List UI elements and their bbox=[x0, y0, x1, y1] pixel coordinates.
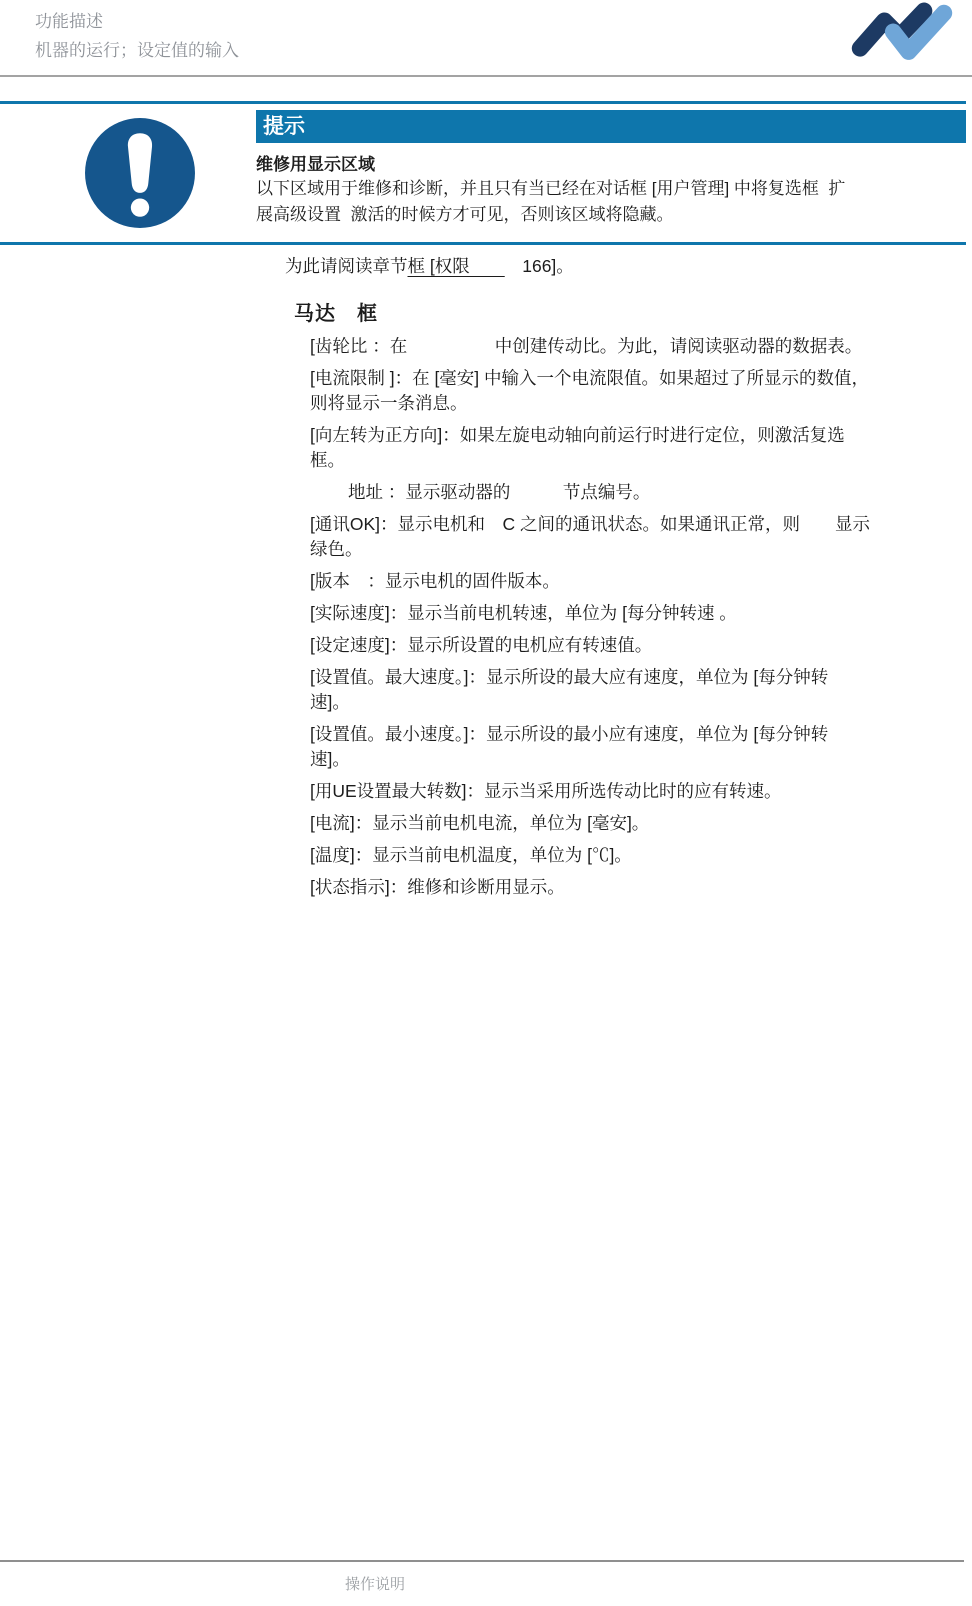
notice-bottom-rule bbox=[0, 242, 966, 245]
list-item: [电流限制 ]：在 [毫安] 中输入一个电流限值。如果超过了所显示的数值， 则将… bbox=[310, 366, 972, 416]
list-item: [温度]：显示当前电机温度，单位为 [℃]。 bbox=[310, 843, 972, 868]
page-header: 功能描述 机器的运行；设定值的输入 bbox=[35, 7, 239, 65]
footer-divider bbox=[0, 1560, 964, 1562]
notice-body-text: 以下区域用于维修和诊断，并且只有当已经在对话框 [用户管理] 中将复选框 扩 展… bbox=[256, 176, 968, 228]
list-item: [版本 ：显示电机的固件版本。 bbox=[310, 569, 972, 594]
list-item: [电流]：显示当前电机电流，单位为 [毫安]。 bbox=[310, 811, 972, 836]
reference-suffix: 166]。 bbox=[505, 256, 574, 276]
list-item: [设置值。最大速度。]：显示所设的最大应有速度，单位为 [每分钟转 速]。 bbox=[310, 665, 972, 715]
reference-link[interactable]: 框 [权限 bbox=[408, 256, 505, 276]
list-item: [向左转为正方向]：如果左旋电动轴向前运行时进行定位，则激活复选 框。 bbox=[310, 423, 972, 473]
list-item: [设定速度]：显示所设置的电机应有转速值。 bbox=[310, 633, 972, 658]
list-item: [设置值。最小速度。]：显示所设的最小应有速度，单位为 [每分钟转 速]。 bbox=[310, 722, 972, 772]
footer-document-type: 操作说明 bbox=[345, 1573, 405, 1594]
reference-prefix: 为此请阅读章节 bbox=[285, 256, 408, 276]
notice-top-rule bbox=[0, 101, 966, 104]
list-item: [齿轮比 ：在 中创建传动比。为此，请阅读驱动器的数据表。 bbox=[310, 334, 972, 359]
list-item: [状态指示]：维修和诊断用显示。 bbox=[310, 875, 972, 900]
section-heading: 马达 框 bbox=[294, 297, 378, 326]
list-item: [用UE设置最大转数]：显示当采用所选传动比时的应有转速。 bbox=[310, 779, 972, 804]
header-divider bbox=[0, 75, 972, 77]
header-section-title: 机器的运行；设定值的输入 bbox=[35, 36, 239, 65]
cross-reference-line: 为此请阅读章节框 [权限 166]。 bbox=[285, 253, 574, 278]
list-item: 地址 ：显示驱动器的 节点编号。 bbox=[310, 480, 972, 505]
list-item: [通讯OK]：显示电机和 C 之间的通讯状态。如果通讯正常，则 显示 绿色。 bbox=[310, 512, 972, 562]
paragraph-list: [齿轮比 ：在 中创建传动比。为此，请阅读驱动器的数据表。[电流限制 ]：在 [… bbox=[310, 334, 972, 907]
company-logo-icon bbox=[845, 2, 959, 66]
notice-banner: 提示 bbox=[256, 110, 966, 143]
notice-banner-label: 提示 bbox=[263, 115, 305, 138]
mandatory-exclamation-icon bbox=[84, 117, 196, 229]
notice-title: 维修用显示区域 bbox=[256, 150, 375, 175]
list-item: [实际速度]：显示当前电机转速，单位为 [每分钟转速 。 bbox=[310, 601, 972, 626]
header-chapter-title: 功能描述 bbox=[35, 7, 239, 36]
